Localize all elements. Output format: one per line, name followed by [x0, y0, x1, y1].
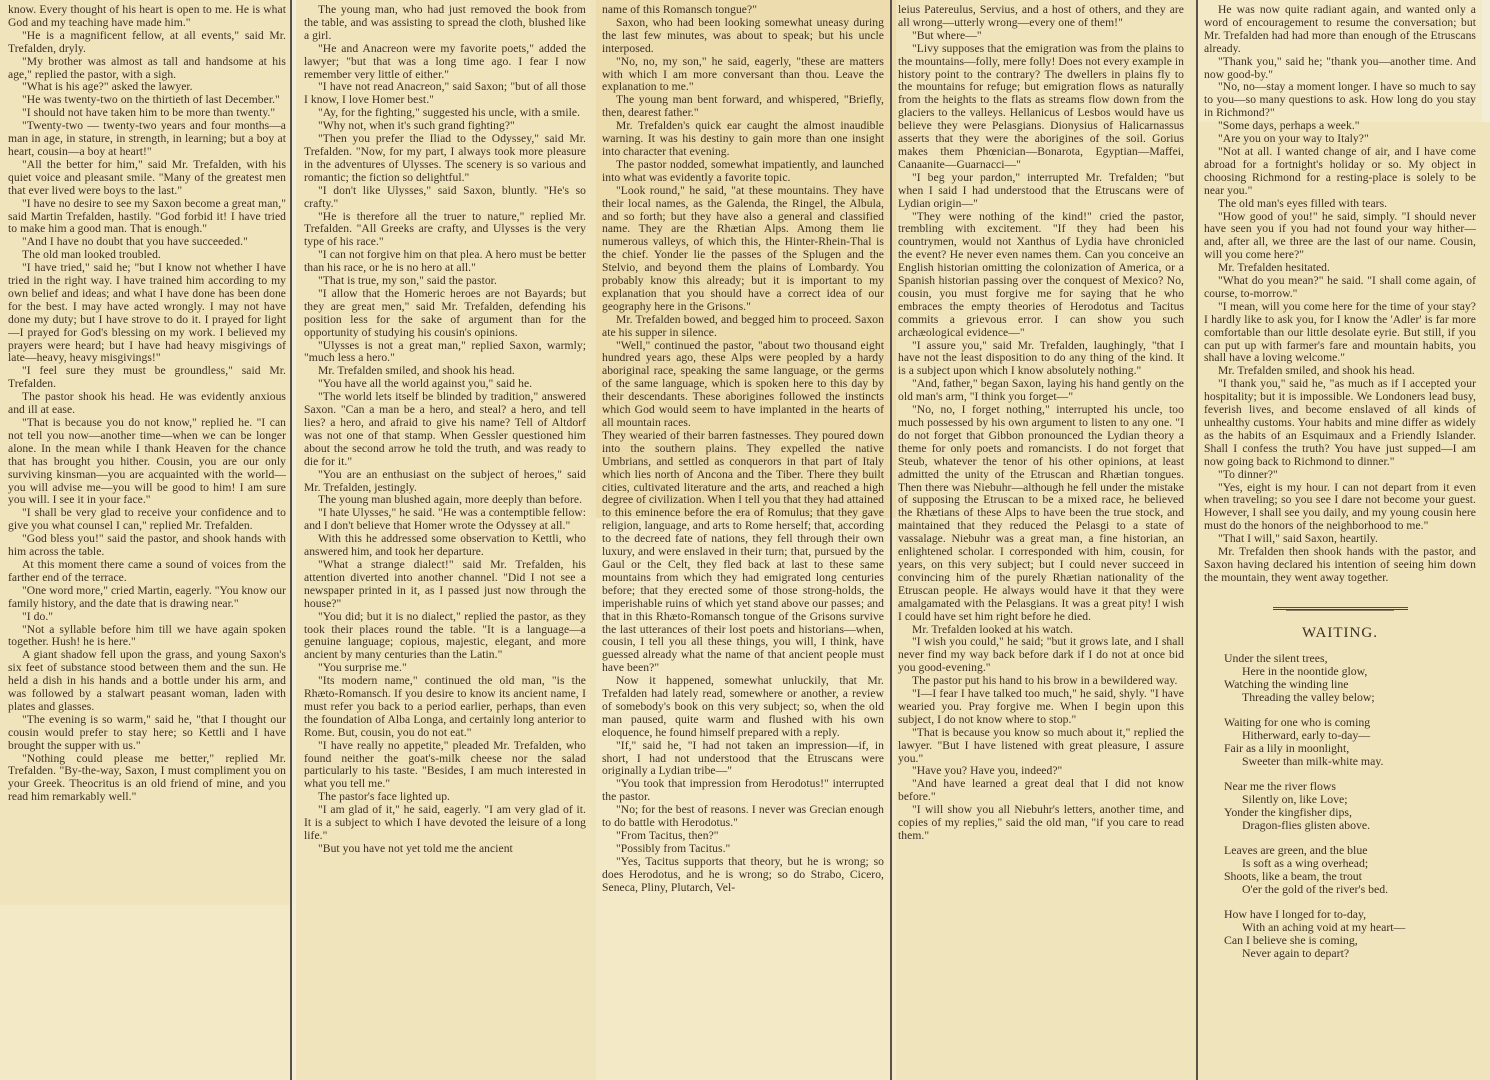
- article-paragraph: "No, no—stay a moment longer. I have so …: [1204, 81, 1476, 120]
- article-paragraph: The old man's eyes filled with tears.: [1204, 198, 1476, 211]
- article-paragraph: "Yes, eight is my hour. I can not depart…: [1204, 482, 1476, 534]
- column-5: He was now quite radiant again, and want…: [1204, 4, 1476, 1076]
- article-paragraph: "Yes, Tacitus supports that theory, but …: [602, 856, 884, 895]
- article-paragraph: "What a strange dialect!" said Mr. Trefa…: [304, 559, 586, 611]
- article-paragraph: "Possibly from Tacitus.": [602, 843, 884, 856]
- poem-line: How have I longed for to-day,: [1204, 908, 1476, 921]
- article-paragraph: "They were nothing of the kind!" cried t…: [898, 211, 1184, 340]
- poem-body: Under the silent trees,Here in the noont…: [1204, 652, 1476, 960]
- poem-stanza: Waiting for one who is comingHitherward,…: [1204, 716, 1476, 768]
- article-paragraph: "He is a magnificent fellow, at all even…: [8, 30, 286, 56]
- poem-line: Watching the winding line: [1204, 678, 1476, 691]
- column-3: name of this Romansch tongue?"Saxon, who…: [602, 4, 884, 1076]
- poem-stanza: Under the silent trees,Here in the noont…: [1204, 652, 1476, 704]
- article-paragraph: "I mean, will you come here for the time…: [1204, 301, 1476, 366]
- article-paragraph: "Not at all. I wanted change of air, and…: [1204, 146, 1476, 198]
- article-paragraph: "And, father," began Saxon, laying his h…: [898, 378, 1184, 404]
- article-paragraph: "To dinner?": [1204, 469, 1476, 482]
- article-paragraph: Mr. Trefalden's quick ear caught the alm…: [602, 120, 884, 159]
- article-paragraph: "And have learned a great deal that I di…: [898, 778, 1184, 804]
- poem-stanza: How have I longed for to-day,With an ach…: [1204, 908, 1476, 960]
- article-paragraph: "If," said he, "I had not taken an impre…: [602, 740, 884, 779]
- article-paragraph: "I thank you," said he, "as much as if I…: [1204, 378, 1476, 468]
- article-paragraph: "I shall be very glad to receive your co…: [8, 507, 286, 533]
- article-paragraph: "He and Anacreon were my favorite poets,…: [304, 43, 586, 82]
- article-paragraph: name of this Romansch tongue?": [602, 4, 884, 17]
- article-paragraph: He was now quite radiant again, and want…: [1204, 4, 1476, 56]
- column-2: The young man, who had just removed the …: [304, 4, 586, 1076]
- poem-line: Near me the river flows: [1204, 780, 1476, 793]
- article-paragraph: "I beg your pardon," interrupted Mr. Tre…: [898, 172, 1184, 211]
- article-paragraph: leius Patereulus, Servius, and a host of…: [898, 4, 1184, 30]
- article-paragraph: Saxon, who had been looking somewhat une…: [602, 17, 884, 56]
- poem-line: Yonder the kingfisher dips,: [1204, 806, 1476, 819]
- article-paragraph: "Well," continued the pastor, "about two…: [602, 340, 884, 430]
- article-paragraph: Mr. Trefalden then shook hands with the …: [1204, 546, 1476, 585]
- column-rule: [890, 0, 892, 1080]
- poem-line: Hitherward, early to-day—: [1204, 729, 1476, 742]
- poem-line: Shoots, like a beam, the trout: [1204, 870, 1476, 883]
- poem-line: Here in the noontide glow,: [1204, 665, 1476, 678]
- article-paragraph: "Its modern name," continued the old man…: [304, 675, 586, 740]
- article-paragraph: "No, no, I forget nothing," interrupted …: [898, 404, 1184, 623]
- poem-line: Waiting for one who is coming: [1204, 716, 1476, 729]
- article-paragraph: "What do you mean?" he said. "I shall co…: [1204, 275, 1476, 301]
- article-paragraph: "I don't like Ulysses," said Saxon, blun…: [304, 185, 586, 211]
- article-paragraph: "You took that impression from Herodotus…: [602, 778, 884, 804]
- article-paragraph: "I have no desire to see my Saxon become…: [8, 198, 286, 237]
- article-paragraph: "I have tried," said he; "but I know not…: [8, 262, 286, 365]
- poem-line: Dragon-flies glisten above.: [1204, 819, 1476, 832]
- poem-line: Threading the valley below;: [1204, 691, 1476, 704]
- article-paragraph: The pastor shook his head. He was eviden…: [8, 391, 286, 417]
- article-paragraph: "Then you prefer the Iliad to the Odysse…: [304, 133, 586, 185]
- article-paragraph: "I hate Ulysses," he said. "He was a con…: [304, 507, 586, 533]
- article-paragraph: "From Tacitus, then?": [602, 830, 884, 843]
- column-rule: [290, 0, 292, 1080]
- article-paragraph: Now it happened, somewhat unluckily, tha…: [602, 675, 884, 740]
- poem-line: O'er the gold of the river's bed.: [1204, 883, 1476, 896]
- article-paragraph: "Thank you," said he; "thank you—another…: [1204, 56, 1476, 82]
- article-paragraph: "No; for the best of reasons. I never wa…: [602, 804, 884, 830]
- article-paragraph: "Nothing could please me better," replie…: [8, 753, 286, 805]
- article-paragraph: "That is true, my son," said the pastor.: [304, 275, 586, 288]
- article-paragraph: "I have really no appetite," pleaded Mr.…: [304, 740, 586, 792]
- article-paragraph: A giant shadow fell upon the grass, and …: [8, 649, 286, 714]
- section-divider: [1273, 607, 1408, 611]
- article-paragraph: They wearied of their barren fastnesses.…: [602, 430, 884, 675]
- article-paragraph: "Twenty-two — twenty-two years and four …: [8, 120, 286, 159]
- article-paragraph: The pastor nodded, somewhat impatiently,…: [602, 159, 884, 185]
- article-paragraph: "Look round," he said, "at these mountai…: [602, 185, 884, 314]
- article-paragraph: "I feel sure they must be groundless," s…: [8, 365, 286, 391]
- article-paragraph: The young man bent forward, and whispere…: [602, 94, 884, 120]
- article-paragraph: "I have not read Anacreon," said Saxon; …: [304, 81, 586, 107]
- article-paragraph: "But where—": [898, 30, 1184, 43]
- article-paragraph: "Livy supposes that the emigration was f…: [898, 43, 1184, 172]
- article-paragraph: "The evening is so warm," said he, "that…: [8, 714, 286, 753]
- article-paragraph: "He is therefore all the truer to nature…: [304, 211, 586, 250]
- article-paragraph: "I wish you could," he said; "but it gro…: [898, 636, 1184, 675]
- article-paragraph: "I can not forgive him on that plea. A h…: [304, 249, 586, 275]
- article-paragraph: "I do.": [8, 611, 286, 624]
- poem-line: With an aching void at my heart—: [1204, 921, 1476, 934]
- article-paragraph: "That is because you know so much about …: [898, 727, 1184, 766]
- column-4: leius Patereulus, Servius, and a host of…: [898, 4, 1184, 1076]
- article-paragraph: "I will show you all Niebuhr's letters, …: [898, 804, 1184, 843]
- article-paragraph: "I—I fear I have talked too much," he sa…: [898, 688, 1184, 727]
- article-paragraph: "The world lets itself be blinded by tra…: [304, 391, 586, 468]
- article-paragraph: "Ulysses is not a great man," replied Sa…: [304, 340, 586, 366]
- poem-line: Sweeter than milk-white may.: [1204, 755, 1476, 768]
- column-5-prose: He was now quite radiant again, and want…: [1204, 4, 1476, 585]
- article-paragraph: At this moment there came a sound of voi…: [8, 559, 286, 585]
- poem-line: Is soft as a wing overhead;: [1204, 857, 1476, 870]
- article-paragraph: "I allow that the Homeric heroes are not…: [304, 288, 586, 340]
- article-paragraph: "God bless you!" said the pastor, and sh…: [8, 533, 286, 559]
- article-paragraph: "But you have not yet told me the ancien…: [304, 843, 586, 856]
- article-paragraph: Mr. Trefalden bowed, and begged him to p…: [602, 314, 884, 340]
- article-paragraph: "I am glad of it," he said, eagerly. "I …: [304, 804, 586, 843]
- poem-line: Fair as a lily in moonlight,: [1204, 742, 1476, 755]
- poem-title: WAITING.: [1204, 625, 1476, 642]
- article-paragraph: "How good of you!" he said, simply. "I s…: [1204, 211, 1476, 263]
- column-rule: [1196, 0, 1198, 1080]
- article-paragraph: The young man, who had just removed the …: [304, 4, 586, 43]
- article-paragraph: "I assure you," said Mr. Trefalden, laug…: [898, 340, 1184, 379]
- article-paragraph: "You are an enthusiast on the subject of…: [304, 469, 586, 495]
- poem-stanza: Leaves are green, and the blueIs soft as…: [1204, 844, 1476, 896]
- poem-line: Silently on, like Love;: [1204, 793, 1476, 806]
- article-paragraph: "One word more," cried Martin, eagerly. …: [8, 585, 286, 611]
- article-paragraph: "You did; but it is no dialect," replied…: [304, 611, 586, 663]
- article-paragraph: "My brother was almost as tall and hands…: [8, 56, 286, 82]
- poem-line: Can I believe she is coming,: [1204, 934, 1476, 947]
- article-paragraph: "No, no, my son," he said, eagerly, "the…: [602, 56, 884, 95]
- poem-stanza: Near me the river flowsSilently on, like…: [1204, 780, 1476, 832]
- poem-line: Never again to depart?: [1204, 947, 1476, 960]
- article-paragraph: "All the better for him," said Mr. Trefa…: [8, 159, 286, 198]
- column-1: know. Every thought of his heart is open…: [8, 4, 286, 1076]
- poem-line: Leaves are green, and the blue: [1204, 844, 1476, 857]
- article-paragraph: With this he addressed some observation …: [304, 533, 586, 559]
- article-paragraph: "Not a syllable before him till we have …: [8, 624, 286, 650]
- article-paragraph: know. Every thought of his heart is open…: [8, 4, 286, 30]
- poem-line: Under the silent trees,: [1204, 652, 1476, 665]
- article-paragraph: "That is because you do not know," repli…: [8, 417, 286, 507]
